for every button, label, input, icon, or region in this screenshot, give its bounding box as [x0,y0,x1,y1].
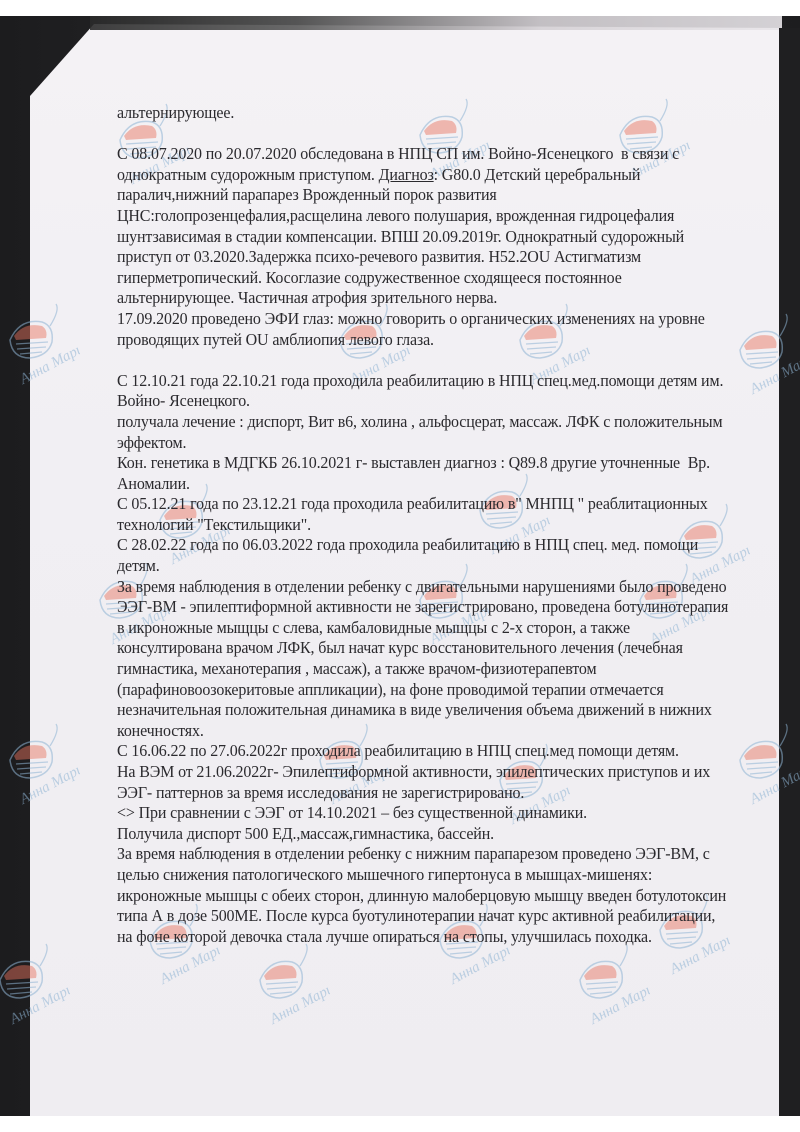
bottom-margin [0,1116,800,1132]
paragraph-continuation: альтернирующее. [117,103,731,124]
paragraph-rehab-2021-dec: С 05.12.21 года по 23.12.21 года проходи… [117,494,731,535]
diagnosis-label: Диагноз [379,165,434,184]
paragraph-rehab-2022-jun: С 16.06.22 по 27.06.2022г проходила реаб… [117,741,731,762]
paper-top-edge [90,16,782,30]
document-body: альтернирующее. С 08.07.2020 по 20.07.20… [117,103,731,947]
paragraph-vem: На ВЭМ от 21.06.2022г- Эпилептиформной а… [117,762,731,803]
paragraph-rehab-2021-oct: С 12.10.21 года 22.10.21 года проходила … [117,371,731,412]
paragraph-efi-exam: 17.09.2020 проведено ЭФИ глаз: можно гов… [117,309,731,350]
paragraph-observation-motor: За время наблюдения в отделении ребенку … [117,577,731,742]
paragraph-gap [117,350,731,371]
paragraph-observation-paraparesis: За время наблюдения в отделении ребенку … [117,844,731,947]
paragraph-diagnosis: С 08.07.2020 по 20.07.2020 обследована в… [117,144,731,309]
paragraph-gap [117,124,731,145]
paragraph-dysport: Получила диспорт 500 ЕД.,массаж,гимнасти… [117,824,731,845]
paragraph-genetics: Кон. генетика в МДГКБ 26.10.2021 г- выст… [117,453,731,494]
paragraph-treatment: получала лечение : диспорт, Вит в6, холи… [117,412,731,453]
scanner-right-edge [779,28,800,1116]
paragraph-eeg-compare: <> При сравнении с ЭЭГ от 14.10.2021 – б… [117,803,731,824]
paragraph-rehab-2022-feb: С 28.02.22 года по 06.03.2022 года прохо… [117,535,731,576]
diagnosis-text: : G80.0 Детский церебральный паралич,ниж… [117,165,688,308]
